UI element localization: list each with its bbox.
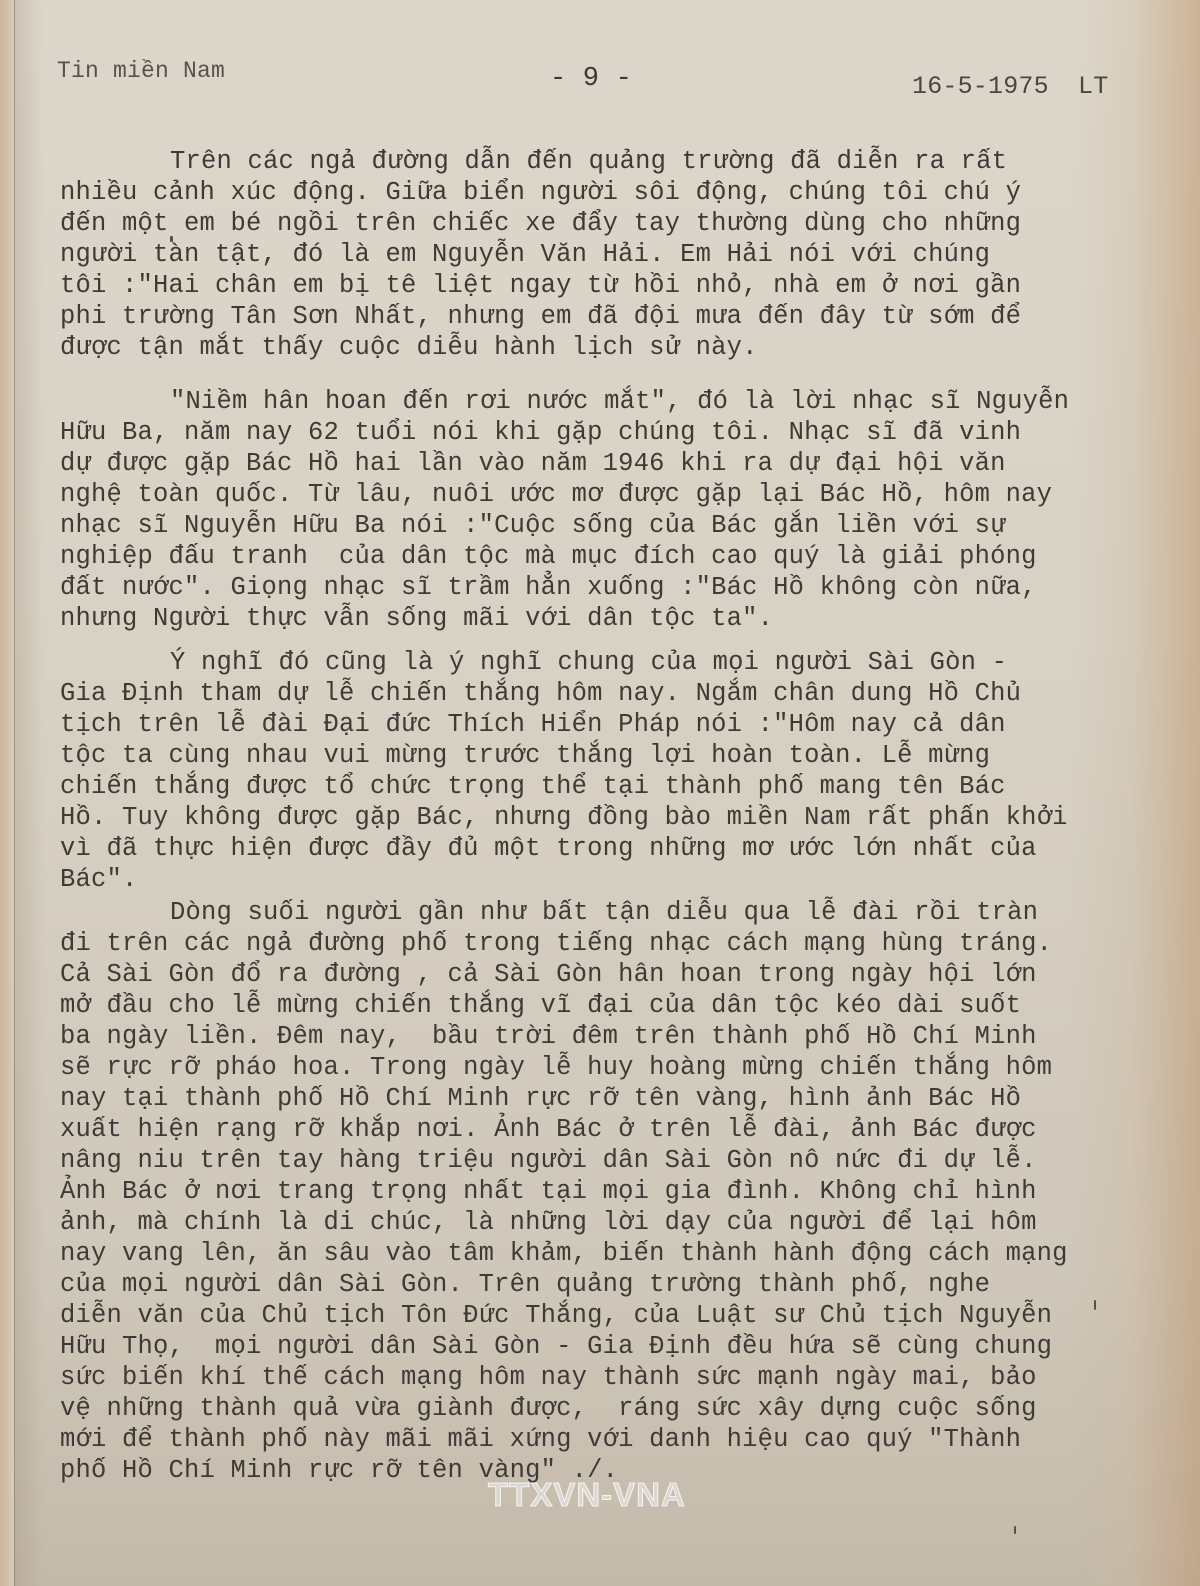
text-line: nâng niu trên tay hàng triệu người dân S… (60, 1145, 1160, 1176)
text-line: Hồ. Tuy không được gặp Bác, nhưng đồng b… (60, 802, 1160, 833)
text-line: Ảnh Bác ở nơi trang trọng nhất tại mọi g… (60, 1176, 1160, 1207)
text-line: Bác". (60, 864, 1160, 895)
text-line: tôi :"Hai chân em bị tê liệt ngay từ hồi… (60, 270, 1160, 301)
text-line: Cả Sài Gòn đổ ra đường , cả Sài Gòn hân … (60, 959, 1160, 990)
page-number: - 9 - (550, 64, 632, 94)
paper-speck (1094, 1300, 1096, 1310)
text-line: được tận mắt thấy cuộc diễu hành lịch sử… (60, 332, 1160, 363)
text-line: sức biến khí thế cách mạng hôm nay thành… (60, 1362, 1160, 1393)
text-line: vệ những thành quả vừa giành được, ráng … (60, 1393, 1160, 1424)
text-line: phi trường Tân Sơn Nhất, nhưng em đã đội… (60, 301, 1160, 332)
text-line: Ý nghĩ đó cũng là ý nghĩ chung của mọi n… (60, 647, 1160, 678)
paper-speck (1014, 1526, 1016, 1534)
text-line: mở đầu cho lễ mừng chiến thắng vĩ đại củ… (60, 990, 1160, 1021)
text-line: nhạc sĩ Nguyễn Hữu Ba nói :"Cuộc sống củ… (60, 510, 1160, 541)
text-line: Trên các ngả đường dẫn đến quảng trường … (60, 146, 1160, 177)
typewritten-page: Tin miền Nam - 9 - 16-5-1975 LT Trên các… (14, 0, 1200, 1586)
text-line: nghệ toàn quốc. Từ lâu, nuôi ước mơ được… (60, 479, 1160, 510)
text-line: "Niềm hân hoan đến rơi nước mắt", đó là … (60, 386, 1160, 417)
text-line: Gia Định tham dự lễ chiến thắng hôm nay.… (60, 678, 1160, 709)
paper-speck (170, 236, 173, 242)
text-line: Dòng suối người gần như bất tận diễu qua… (60, 897, 1160, 928)
text-line: tộc ta cùng nhau vui mừng trước thắng lợ… (60, 740, 1160, 771)
page-left-edge (0, 0, 14, 1586)
document-date: 16-5-1975 LT (912, 72, 1108, 101)
header-section-label: Tin miền Nam (57, 58, 225, 84)
text-line: đi trên các ngả đường phố trong tiếng nh… (60, 928, 1160, 959)
text-line: nhưng Người thực vẫn sống mãi với dân tộ… (60, 603, 1160, 634)
text-line: chiến thắng được tổ chức trọng thể tại t… (60, 771, 1160, 802)
text-line: xuất hiện rạng rỡ khắp nơi. Ảnh Bác ở tr… (60, 1114, 1160, 1145)
text-line: của mọi người dân Sài Gòn. Trên quảng tr… (60, 1269, 1160, 1300)
text-line: nhiều cảnh xúc động. Giữa biển người sôi… (60, 177, 1160, 208)
paragraph-1: Trên các ngả đường dẫn đến quảng trường … (60, 146, 1160, 363)
text-line: đất nước". Giọng nhạc sĩ trầm hẳn xuống … (60, 572, 1160, 603)
agency-watermark: TTXVN-VNA (488, 1476, 686, 1514)
text-line: Hữu Thọ, mọi người dân Sài Gòn - Gia Địn… (60, 1331, 1160, 1362)
paragraph-3: Ý nghĩ đó cũng là ý nghĩ chung của mọi n… (60, 647, 1160, 895)
text-line: nay tại thành phố Hồ Chí Minh rực rỡ tên… (60, 1083, 1160, 1114)
text-line: người tàn tật, đó là em Nguyễn Văn Hải. … (60, 239, 1160, 270)
text-line: vì đã thực hiện được đầy đủ một trong nh… (60, 833, 1160, 864)
text-line: nghiệp đấu tranh của dân tộc mà mục đích… (60, 541, 1160, 572)
text-line: tịch trên lễ đài Đại đức Thích Hiển Pháp… (60, 709, 1160, 740)
text-line: ảnh, mà chính là di chúc, là những lời d… (60, 1207, 1160, 1238)
text-line: sẽ rực rỡ pháo hoa. Trong ngày lễ huy ho… (60, 1052, 1160, 1083)
text-line: diễn văn của Chủ tịch Tôn Đức Thắng, của… (60, 1300, 1160, 1331)
text-line: đến một em bé ngồi trên chiếc xe đẩy tay… (60, 208, 1160, 239)
text-line: mới để thành phố này mãi mãi xứng với da… (60, 1424, 1160, 1455)
text-line: dự được gặp Bác Hồ hai lần vào năm 1946 … (60, 448, 1160, 479)
paragraph-4: Dòng suối người gần như bất tận diễu qua… (60, 897, 1160, 1486)
text-line: Hữu Ba, năm nay 62 tuổi nói khi gặp chún… (60, 417, 1160, 448)
text-line: nay vang lên, ăn sâu vào tâm khảm, biến … (60, 1238, 1160, 1269)
paragraph-2: "Niềm hân hoan đến rơi nước mắt", đó là … (60, 386, 1160, 634)
text-line: ba ngày liền. Đêm nay, bầu trời đêm trên… (60, 1021, 1160, 1052)
